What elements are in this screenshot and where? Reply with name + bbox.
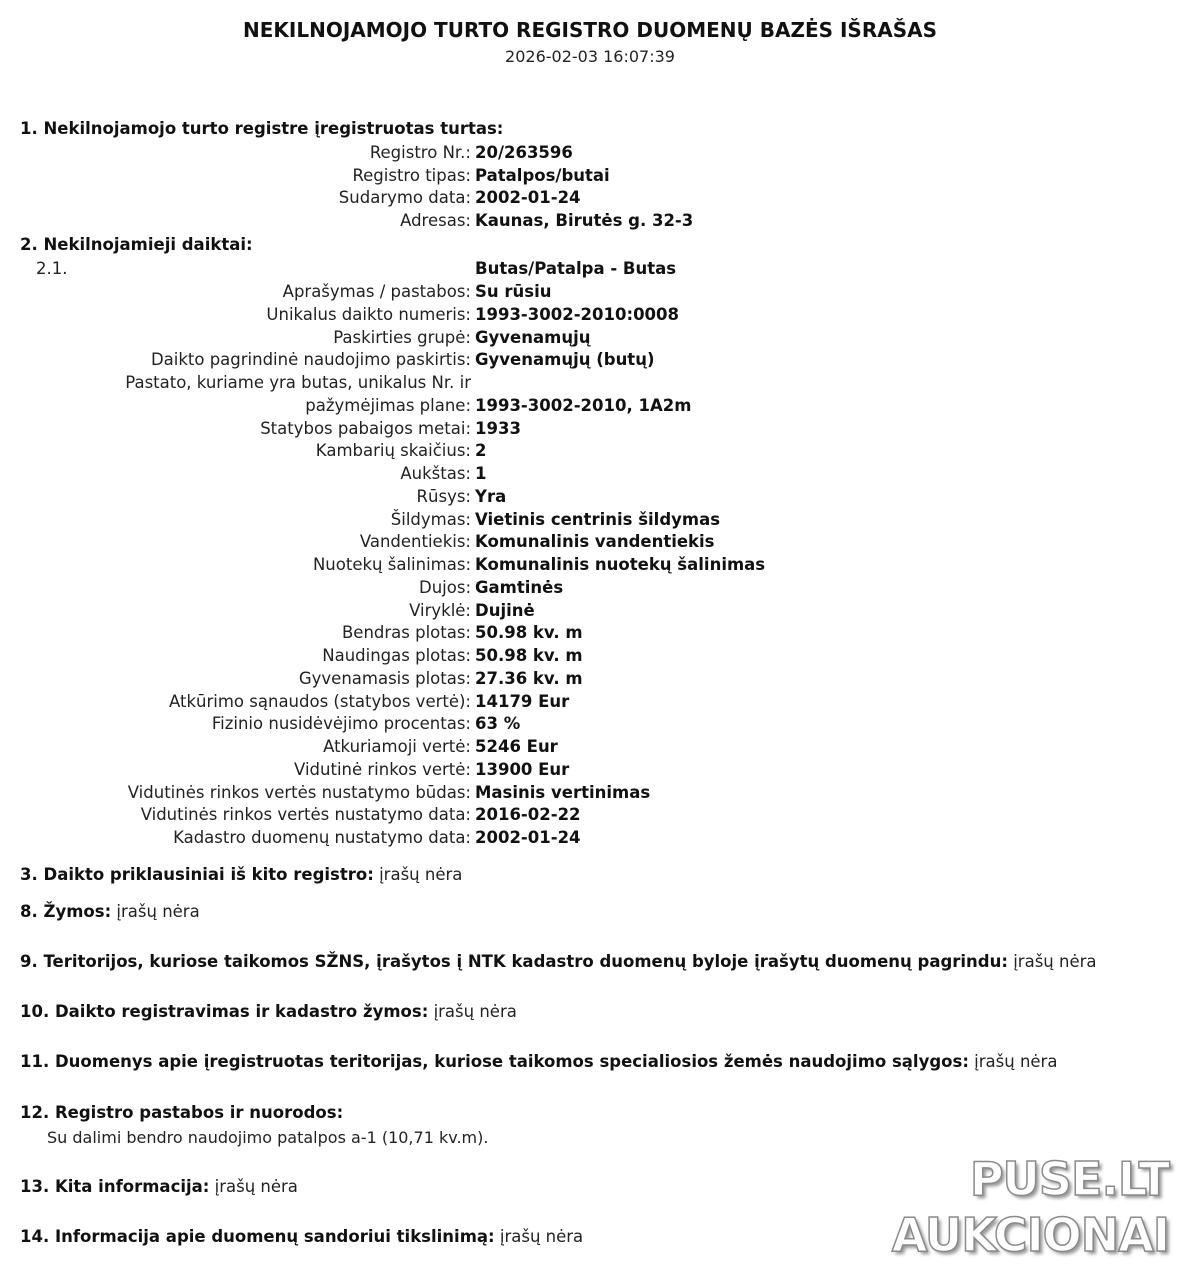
field-row: Naudingas plotas:50.98 kv. m bbox=[0, 646, 1199, 668]
item-title-row: Butas/Patalpa - Butas bbox=[0, 259, 1199, 281]
section-8: 8. Žymos: įrašų nėra bbox=[20, 902, 200, 921]
field-value: Su rūsiu bbox=[475, 282, 551, 301]
field-value: 1933 bbox=[475, 419, 521, 438]
field-value: 1993-3002-2010:0008 bbox=[475, 305, 679, 324]
field-label: Vidutinės rinkos vertės nustatymo data: bbox=[141, 805, 471, 824]
field-label: Gyvenamasis plotas: bbox=[299, 669, 471, 688]
field-row: Sudarymo data:2002-01-24 bbox=[0, 188, 1199, 210]
field-label: Adresas: bbox=[400, 211, 471, 230]
field-value: 50.98 kv. m bbox=[475, 623, 583, 642]
section-3: 3. Daikto priklausiniai iš kito registro… bbox=[20, 865, 462, 884]
field-row: Statybos pabaigos metai:1933 bbox=[0, 419, 1199, 441]
section-9: 9. Teritorijos, kuriose taikomos SŽNS, į… bbox=[20, 952, 1097, 971]
field-value: 27.36 kv. m bbox=[475, 669, 583, 688]
field-row: Paskirties grupė:Gyvenamųjų bbox=[0, 328, 1199, 350]
field-label: Rūsys: bbox=[417, 487, 471, 506]
field-value: Dujinė bbox=[475, 601, 535, 620]
field-row: Vidutinė rinkos vertė:13900 Eur bbox=[0, 760, 1199, 782]
field-value: Patalpos/butai bbox=[475, 166, 610, 185]
watermark-line-2: AUKCIONAI bbox=[892, 1208, 1169, 1262]
section-1-heading: 1. Nekilnojamojo turto registre įregistr… bbox=[20, 119, 503, 138]
field-value: Masinis vertinimas bbox=[475, 783, 650, 802]
field-label: Registro tipas: bbox=[352, 166, 471, 185]
field-value: Komunalinis vandentiekis bbox=[475, 532, 715, 551]
field-label: Kadastro duomenų nustatymo data: bbox=[173, 828, 471, 847]
item-title: Butas/Patalpa - Butas bbox=[475, 259, 676, 278]
field-label: Statybos pabaigos metai: bbox=[260, 419, 471, 438]
field-value: 20/263596 bbox=[475, 143, 573, 162]
field-value: Gyvenamųjų (butų) bbox=[475, 350, 655, 369]
field-label: Vidutinės rinkos vertės nustatymo būdas: bbox=[128, 783, 471, 802]
field-value: Vietinis centrinis šildymas bbox=[475, 510, 720, 529]
section-10: 10. Daikto registravimas ir kadastro žym… bbox=[20, 1002, 517, 1021]
field-row: Vandentiekis:Komunalinis vandentiekis bbox=[0, 532, 1199, 554]
field-row: Vidutinės rinkos vertės nustatymo būdas:… bbox=[0, 783, 1199, 805]
field-value: 50.98 kv. m bbox=[475, 646, 583, 665]
field-label: Unikalus daikto numeris: bbox=[266, 305, 471, 324]
document-timestamp: 2026-02-03 16:07:39 bbox=[0, 47, 1180, 66]
field-label: Šildymas: bbox=[391, 510, 471, 529]
field-label: Viryklė: bbox=[409, 601, 471, 620]
field-label: Dujos: bbox=[419, 578, 471, 597]
field-row: Kadastro duomenų nustatymo data:2002-01-… bbox=[0, 828, 1199, 850]
field-label: Registro Nr.: bbox=[370, 143, 471, 162]
field-label: Aprašymas / pastabos: bbox=[283, 282, 471, 301]
document-title: NEKILNOJAMOJO TURTO REGISTRO DUOMENŲ BAZ… bbox=[0, 18, 1180, 42]
field-row: Fizinio nusidėvėjimo procentas:63 % bbox=[0, 714, 1199, 736]
field-label: Atkuriamoji vertė: bbox=[323, 737, 471, 756]
field-label: pažymėjimas plane: bbox=[305, 396, 471, 415]
field-row: Atkuriamoji vertė:5246 Eur bbox=[0, 737, 1199, 759]
section-2-heading: 2. Nekilnojamieji daiktai: bbox=[20, 235, 253, 254]
field-label: Fizinio nusidėvėjimo procentas: bbox=[212, 714, 471, 733]
section-12-note: Su dalimi bendro naudojimo patalpos a-1 … bbox=[47, 1128, 488, 1147]
field-row: Dujos:Gamtinės bbox=[0, 578, 1199, 600]
field-value: 13900 Eur bbox=[475, 760, 569, 779]
field-row: Registro tipas:Patalpos/butai bbox=[0, 166, 1199, 188]
field-row: Vidutinės rinkos vertės nustatymo data:2… bbox=[0, 805, 1199, 827]
field-row: Daikto pagrindinė naudojimo paskirtis:Gy… bbox=[0, 350, 1199, 372]
watermark-line-1: PUSE.LT bbox=[970, 1152, 1169, 1206]
field-value: Gamtinės bbox=[475, 578, 563, 597]
section-12: 12. Registro pastabos ir nuorodos: bbox=[20, 1103, 343, 1122]
field-value: 63 % bbox=[475, 714, 520, 733]
field-value: 2016-02-22 bbox=[475, 805, 581, 824]
field-value: 2002-01-24 bbox=[475, 188, 581, 207]
field-value: Gyvenamųjų bbox=[475, 328, 590, 347]
field-value: Kaunas, Birutės g. 32-3 bbox=[475, 211, 693, 230]
field-label: Nuotekų šalinimas: bbox=[313, 555, 471, 574]
field-value: 1993-3002-2010, 1A2m bbox=[475, 396, 691, 415]
field-row: Atkūrimo sąnaudos (statybos vertė):14179… bbox=[0, 692, 1199, 714]
field-label: Kambarių skaičius: bbox=[316, 441, 471, 460]
field-row: Pastato, kuriame yra butas, unikalus Nr.… bbox=[0, 373, 1199, 395]
section-11: 11. Duomenys apie įregistruotas teritori… bbox=[20, 1052, 1057, 1071]
field-row: Unikalus daikto numeris:1993-3002-2010:0… bbox=[0, 305, 1199, 327]
field-row: Viryklė:Dujinė bbox=[0, 601, 1199, 623]
field-value: 2 bbox=[475, 441, 486, 460]
field-label: Aukštas: bbox=[400, 464, 471, 483]
field-row: Aukštas:1 bbox=[0, 464, 1199, 486]
field-row: Registro Nr.:20/263596 bbox=[0, 143, 1199, 165]
field-value: 14179 Eur bbox=[475, 692, 569, 711]
field-row: Nuotekų šalinimas:Komunalinis nuotekų ša… bbox=[0, 555, 1199, 577]
section-13: 13. Kita informacija: įrašų nėra bbox=[20, 1177, 298, 1196]
field-label: Paskirties grupė: bbox=[333, 328, 471, 347]
field-label: Daikto pagrindinė naudojimo paskirtis: bbox=[151, 350, 471, 369]
field-row: Adresas:Kaunas, Birutės g. 32-3 bbox=[0, 211, 1199, 233]
field-row: Aprašymas / pastabos:Su rūsiu bbox=[0, 282, 1199, 304]
field-row: Gyvenamasis plotas:27.36 kv. m bbox=[0, 669, 1199, 691]
field-value: Yra bbox=[475, 487, 506, 506]
field-row: Šildymas:Vietinis centrinis šildymas bbox=[0, 510, 1199, 532]
field-value: Komunalinis nuotekų šalinimas bbox=[475, 555, 765, 574]
field-label: Atkūrimo sąnaudos (statybos vertė): bbox=[169, 692, 471, 711]
field-value: 5246 Eur bbox=[475, 737, 558, 756]
field-row: Kambarių skaičius:2 bbox=[0, 441, 1199, 463]
field-label: Pastato, kuriame yra butas, unikalus Nr.… bbox=[125, 373, 471, 392]
field-label: Vidutinė rinkos vertė: bbox=[294, 760, 471, 779]
field-label: Vandentiekis: bbox=[360, 532, 471, 551]
field-row: Bendras plotas:50.98 kv. m bbox=[0, 623, 1199, 645]
field-row: pažymėjimas plane:1993-3002-2010, 1A2m bbox=[0, 396, 1199, 418]
field-label: Naudingas plotas: bbox=[322, 646, 471, 665]
field-label: Sudarymo data: bbox=[339, 188, 471, 207]
section-14: 14. Informacija apie duomenų sandoriui t… bbox=[20, 1227, 583, 1246]
field-value: 2002-01-24 bbox=[475, 828, 581, 847]
field-value: 1 bbox=[475, 464, 486, 483]
field-label: Bendras plotas: bbox=[342, 623, 471, 642]
field-row: Rūsys:Yra bbox=[0, 487, 1199, 509]
